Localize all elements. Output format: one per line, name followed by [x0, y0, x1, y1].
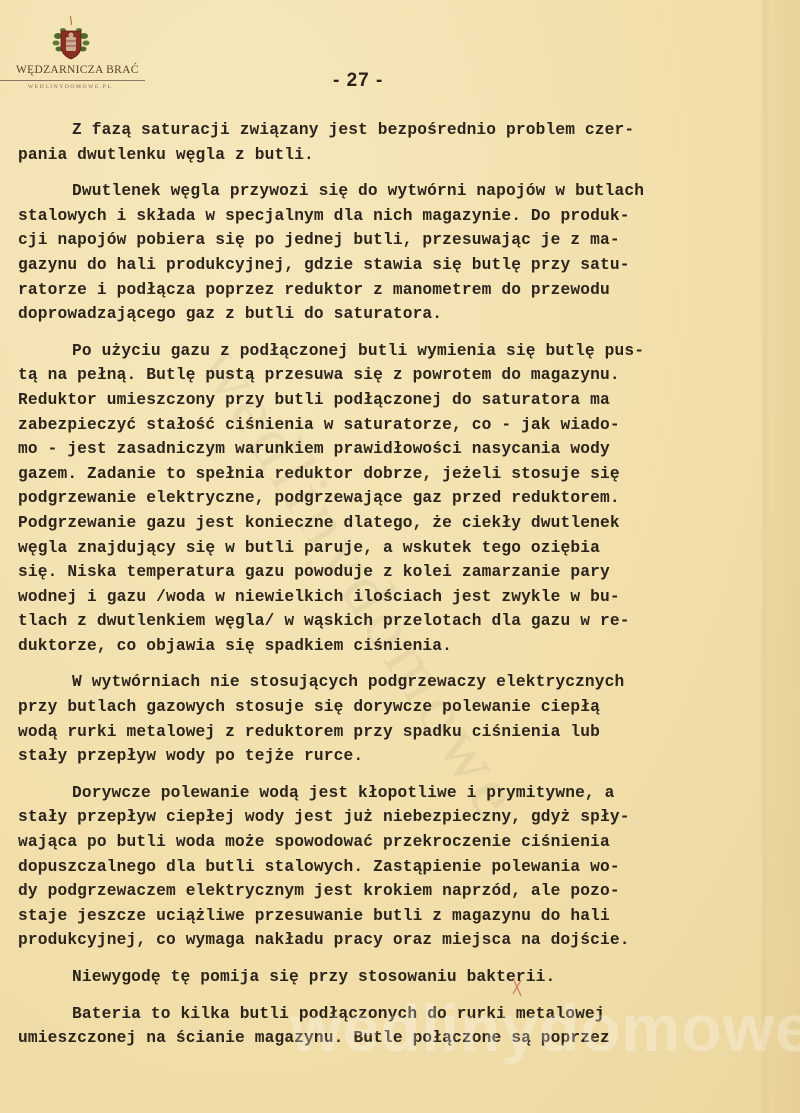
text-line: gazem. Zadanie to spełnia reduktor dobrz… — [18, 462, 708, 487]
text-line: umieszczonej na ścianie magazynu. Butle … — [18, 1026, 708, 1051]
text-line: dopuszczalnego dla butli stalowych. Zast… — [18, 855, 708, 880]
text-line: stalowych i składa w specjalnym dla nich… — [18, 204, 708, 229]
paragraph-4: W wytwórniach nie stosujących podgrzewac… — [18, 670, 708, 768]
text-line: tlach z dwutlenkiem węgla/ w wąskich prz… — [18, 609, 708, 634]
text-line: pania dwutlenku węgla z butli. — [18, 143, 708, 168]
text-line: Podgrzewanie gazu jest konieczne dlatego… — [18, 511, 708, 536]
text-line: podgrzewanie elektryczne, podgrzewające … — [18, 486, 708, 511]
text-line: Bateria to kilka butli podłączonych do r… — [18, 1002, 708, 1027]
logo-brand-name: WĘDZARNICZA BRAĆ — [16, 64, 139, 76]
text-line: Niewygodę tę pomija się przy stosowaniu … — [18, 965, 708, 990]
paragraph-5: Dorywcze polewanie wodą jest kłopotliwe … — [18, 781, 708, 953]
paragraph-6: Niewygodę tę pomija się przy stosowaniu … — [18, 965, 708, 990]
text-line: Dorywcze polewanie wodą jest kłopotliwe … — [18, 781, 708, 806]
text-line: Z fazą saturacji związany jest bezpośred… — [18, 118, 708, 143]
paragraph-1: Z fazą saturacji związany jest bezpośred… — [18, 118, 708, 167]
text-line: gazynu do hali produkcyjnej, gdzie stawi… — [18, 253, 708, 278]
text-line: W wytwórniach nie stosujących podgrzewac… — [18, 670, 708, 695]
logo-divider — [0, 80, 145, 81]
text-line: się. Niska temperatura gazu powoduje z k… — [18, 560, 708, 585]
text-line: duktorze, co objawia się spadkiem ciśnie… — [18, 634, 708, 659]
text-line: dy podgrzewaczem elektrycznym jest kroki… — [18, 879, 708, 904]
text-line: Reduktor umieszczony przy butli podłączo… — [18, 388, 708, 413]
text-line: mo - jest zasadniczym warunkiem prawidło… — [18, 437, 708, 462]
text-line: doprowadzającego gaz z butli do saturato… — [18, 302, 708, 327]
text-line: wodą rurki metalowej z reduktorem przy s… — [18, 720, 708, 745]
text-line: Dwutlenek węgla przywozi się do wytwórni… — [18, 179, 708, 204]
text-line: stały przepływ ciepłej wody jest już nie… — [18, 805, 708, 830]
paragraph-7: Bateria to kilka butli podłączonych do r… — [18, 1002, 708, 1051]
text-line: Po użyciu gazu z podłączonej butli wymie… — [18, 339, 708, 364]
text-line: staje jeszcze uciążliwe przesuwanie butl… — [18, 904, 708, 929]
text-line: wająca po butli woda może spowodować prz… — [18, 830, 708, 855]
paragraph-3: Po użyciu gazu z podłączonej butli wymie… — [18, 339, 708, 659]
paragraph-2: Dwutlenek węgla przywozi się do wytwórni… — [18, 179, 708, 327]
text-line: wodnej i gazu /woda w niewielkich ilości… — [18, 585, 708, 610]
logo-url: WEDLINYDOMOWE.PL — [28, 84, 112, 90]
text-line: tą na pełną. Butlę pustą przesuwa się z … — [18, 363, 708, 388]
text-line: produkcyjnej, co wymaga nakładu pracy or… — [18, 928, 708, 953]
text-line: ratorze i podłącza poprzez reduktor z ma… — [18, 278, 708, 303]
text-line: zabezpieczyć stałość ciśnienia w saturat… — [18, 413, 708, 438]
text-line: węgla znajdujący się w butli paruje, a w… — [18, 536, 708, 561]
smokehouse-shield-icon — [50, 14, 92, 62]
text-line: cji napojów pobiera się po jednej butli,… — [18, 228, 708, 253]
typewritten-body: Z fazą saturacji związany jest bezpośred… — [18, 118, 708, 1051]
text-line: stały przepływ wody po tejże rurce. — [18, 744, 708, 769]
text-line: przy butlach gazowych stosuje się dorywc… — [18, 695, 708, 720]
page-number: - 27 - — [333, 70, 383, 92]
site-logo: WĘDZARNICZA BRAĆ WEDLINYDOMOWE.PL — [0, 6, 145, 96]
